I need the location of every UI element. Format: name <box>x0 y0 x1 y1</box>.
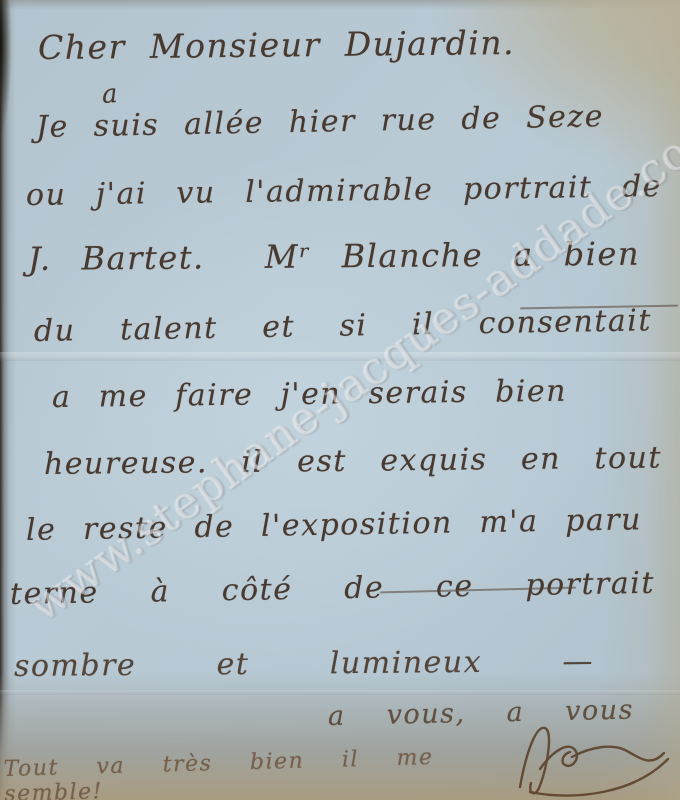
letter-line-greeting: Cher Monsieur Dujardin. <box>38 23 515 67</box>
letter-line: le reste de l'exposition m'a paru <box>26 502 643 548</box>
letter-line: heureuse. il est exquis en tout <box>44 441 662 482</box>
stray-pen-mark: a <box>101 79 120 110</box>
letter-line: a me faire j'en serais bien <box>52 374 567 415</box>
letter-line: sombre et lumineux — <box>14 644 594 684</box>
signature-flourish <box>512 695 680 800</box>
paper-edge-shadow <box>0 0 14 150</box>
fold-crease <box>0 352 680 361</box>
letter-line: Je suis allée hier rue de Seze <box>36 99 605 145</box>
letter-line: ou j'ai vu l'admirable portrait de <box>26 169 662 213</box>
letter-line: du talent et si il consentait <box>34 303 653 349</box>
letter-line-postscript: Tout va très bien il me semble! <box>3 745 434 800</box>
letter-photograph: Cher Monsieur Dujardin. a Je suis allée … <box>0 0 680 800</box>
letter-line: J. Bartet. Mʳ Blanche a bien <box>28 235 640 278</box>
